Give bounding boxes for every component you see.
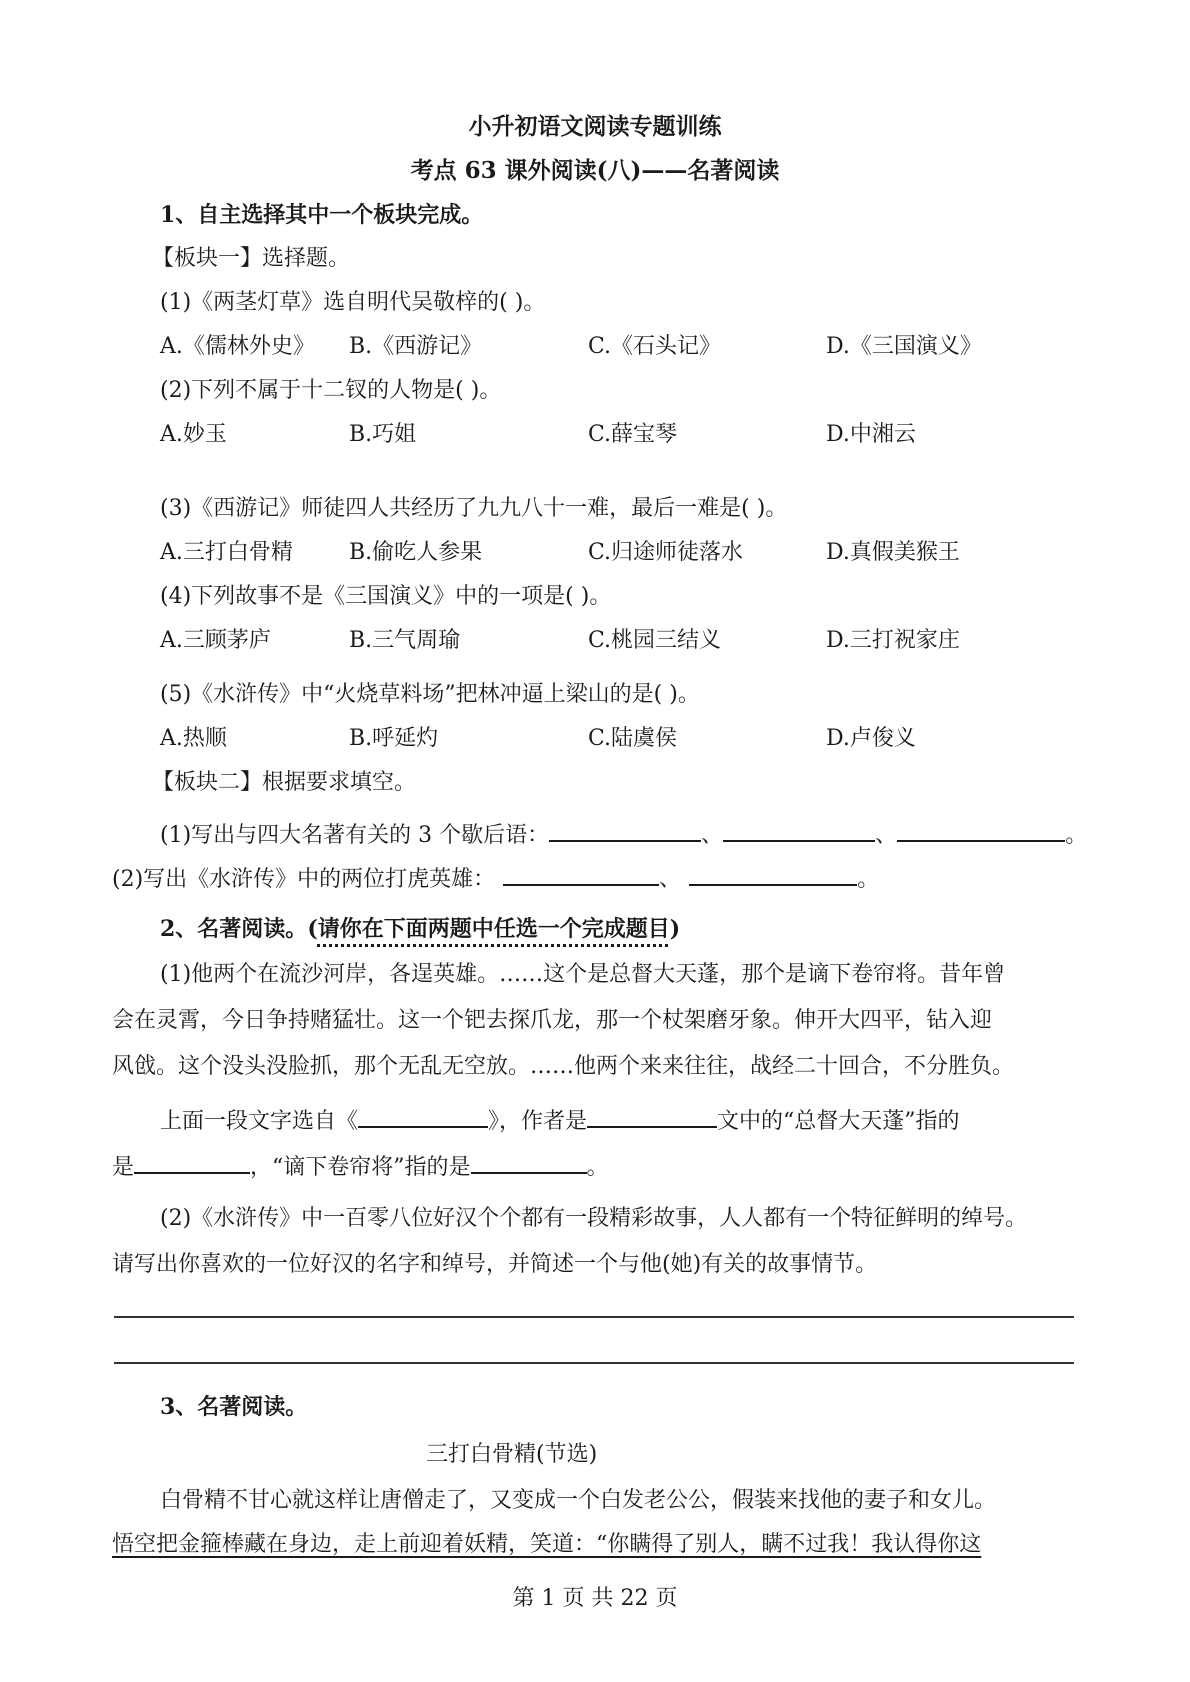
mcq-1-option-a: A.《儒林外史》	[160, 332, 315, 362]
q3-passage-title: 三打白骨精(节选)	[426, 1440, 597, 1470]
mcq-3-option-b: B.偷吃人参果	[349, 538, 482, 568]
fill-2-blank-a[interactable]	[503, 862, 659, 886]
juanlian-blank[interactable]	[471, 1150, 587, 1174]
fill-1-blank-c[interactable]	[897, 818, 1065, 842]
mcq-3-stem: (3)《西游记》师徒四人共经历了九九八十一难，最后一难是( )。	[160, 494, 787, 524]
block2-label: 【板块二】根据要求填空。	[152, 768, 416, 798]
q3-passage-line-2: 悟空把金箍棒藏在身边，走上前迎着妖精，笑道：“你瞒得了别人，瞒不过我！我认得你这	[112, 1530, 981, 1560]
period: 。	[857, 867, 879, 892]
q1-heading: 1、自主选择其中一个板块完成。	[160, 200, 483, 230]
mcq-4-stem: (4)下列故事不是《三国演义》中的一项是( )。	[160, 582, 611, 612]
mcq-3-option-d: D.真假美猴王	[826, 538, 960, 568]
mcq-1-option-b: B.《西游记》	[349, 332, 482, 362]
mcq-5-stem: (5)《水浒传》中“火烧草料场”把林冲逼上梁山的是( )。	[160, 680, 700, 710]
mcq-4-option-c: C.桃园三结义	[588, 626, 721, 656]
fill-1-blank-b[interactable]	[723, 818, 875, 842]
mcq-1-option-c: C.《石头记》	[588, 332, 721, 362]
q3-passage-line-1: 白骨精不甘心就这样让唐僧走了，又变成一个白发老公公，假装来找他的妻子和女儿。	[160, 1486, 996, 1516]
mcq-4-option-a: A.三顾茅庐	[160, 626, 271, 656]
q2-passage-line-1: (1)他两个在流沙河岸，各逞英雄。……这个是总督大天蓬，那个是谪下卷帘将。昔年曾	[160, 960, 1005, 990]
q2-heading: 2、名著阅读。(请你在下面两题中任选一个完成题目)	[160, 914, 680, 944]
text: 是	[112, 1155, 134, 1180]
separator: 、	[875, 823, 897, 848]
q2-heading-prefix: 2、名著阅读。	[160, 916, 307, 942]
mcq-5-option-c: C.陆虞侯	[588, 724, 677, 754]
q2-sub2-line-1: (2)《水浒传》中一百零八位好汉个个都有一段精彩故事，人人都有一个特征鲜明的绰号…	[160, 1204, 1027, 1234]
text: ，“谪下卷帘将”指的是	[250, 1155, 471, 1180]
paren-close: )	[670, 916, 680, 942]
book-title-blank[interactable]	[358, 1104, 488, 1128]
paren-open: (	[307, 916, 317, 942]
period: 。	[1065, 823, 1087, 848]
mcq-2-stem: (2)下列不属于十二钗的人物是( )。	[160, 376, 501, 406]
document-subtitle: 考点 63 课外阅读(八)——名著阅读	[0, 156, 1190, 186]
fill-1-row: (1)写出与四大名著有关的 3 个歇后语：、、。	[160, 818, 1087, 851]
q2-fill-row-1: 上面一段文字选自《》，作者是文中的“总督大天蓬”指的	[160, 1104, 960, 1137]
mcq-3-option-a: A.三打白骨精	[160, 538, 293, 568]
mcq-2-option-b: B.巧姐	[349, 420, 416, 450]
q2-passage-line-2: 会在灵霄，今日争持赌猛壮。这一个钯去探爪龙，那一个杖架磨牙象。伸开大四平，钻入迎	[112, 1006, 992, 1036]
q2-passage-line-3: 风戗。这个没头没脸抓，那个无乱无空放。……他两个来来往往，战经二十回合，不分胜负…	[112, 1052, 1014, 1082]
mcq-5-option-d: D.卢俊义	[826, 724, 916, 754]
answer-line-1[interactable]	[114, 1316, 1074, 1318]
mcq-1-stem: (1)《两茎灯草》选自明代吴敬梓的( )。	[160, 288, 545, 318]
mcq-5-option-b: B.呼延灼	[349, 724, 438, 754]
text: 文中的“总督大天蓬”指的	[717, 1109, 960, 1134]
fill-1-blank-a[interactable]	[549, 818, 701, 842]
mcq-2-option-a: A.妙玉	[160, 420, 227, 450]
separator: 、	[701, 823, 723, 848]
mcq-1-option-d: D.《三国演义》	[826, 332, 982, 362]
mcq-5-option-a: A.热顺	[160, 724, 227, 754]
q2-heading-emphasis: 请你在下面两题中任选一个完成题目	[318, 916, 670, 942]
mcq-2-option-c: C.薛宝琴	[588, 420, 677, 450]
mcq-3-option-c: C.归途师徒落水	[588, 538, 743, 568]
block1-label: 【板块一】选择题。	[152, 244, 350, 274]
tianpeng-blank[interactable]	[134, 1150, 250, 1174]
fill-2-row: (2)写出《水浒传》中的两位打虎英雄：、。	[112, 862, 879, 895]
q2-fill-row-2: 是，“谪下卷帘将”指的是。	[112, 1150, 609, 1183]
author-blank[interactable]	[587, 1104, 717, 1128]
mcq-4-option-d: D.三打祝家庄	[826, 626, 960, 656]
document-title: 小升初语文阅读专题训练	[0, 112, 1190, 142]
separator: 、	[659, 867, 681, 892]
page-number: 第 1 页 共 22 页	[0, 1584, 1190, 1614]
q3-heading: 3、名著阅读。	[160, 1392, 307, 1422]
mcq-2-option-d: D.中湘云	[826, 420, 916, 450]
text: 上面一段文字选自《	[160, 1109, 358, 1134]
q2-sub2-line-2: 请写出你喜欢的一位好汉的名字和绰号，并简述一个与他(她)有关的故事情节。	[112, 1250, 877, 1280]
fill-2-blank-b[interactable]	[689, 862, 857, 886]
fill-1-prompt: (1)写出与四大名著有关的 3 个歇后语：	[160, 823, 549, 848]
fill-2-prompt: (2)写出《水浒传》中的两位打虎英雄：	[112, 867, 495, 892]
text: 。	[587, 1155, 609, 1180]
text: 》，作者是	[488, 1109, 587, 1134]
answer-line-2[interactable]	[114, 1362, 1074, 1364]
mcq-4-option-b: B.三气周瑜	[349, 626, 460, 656]
